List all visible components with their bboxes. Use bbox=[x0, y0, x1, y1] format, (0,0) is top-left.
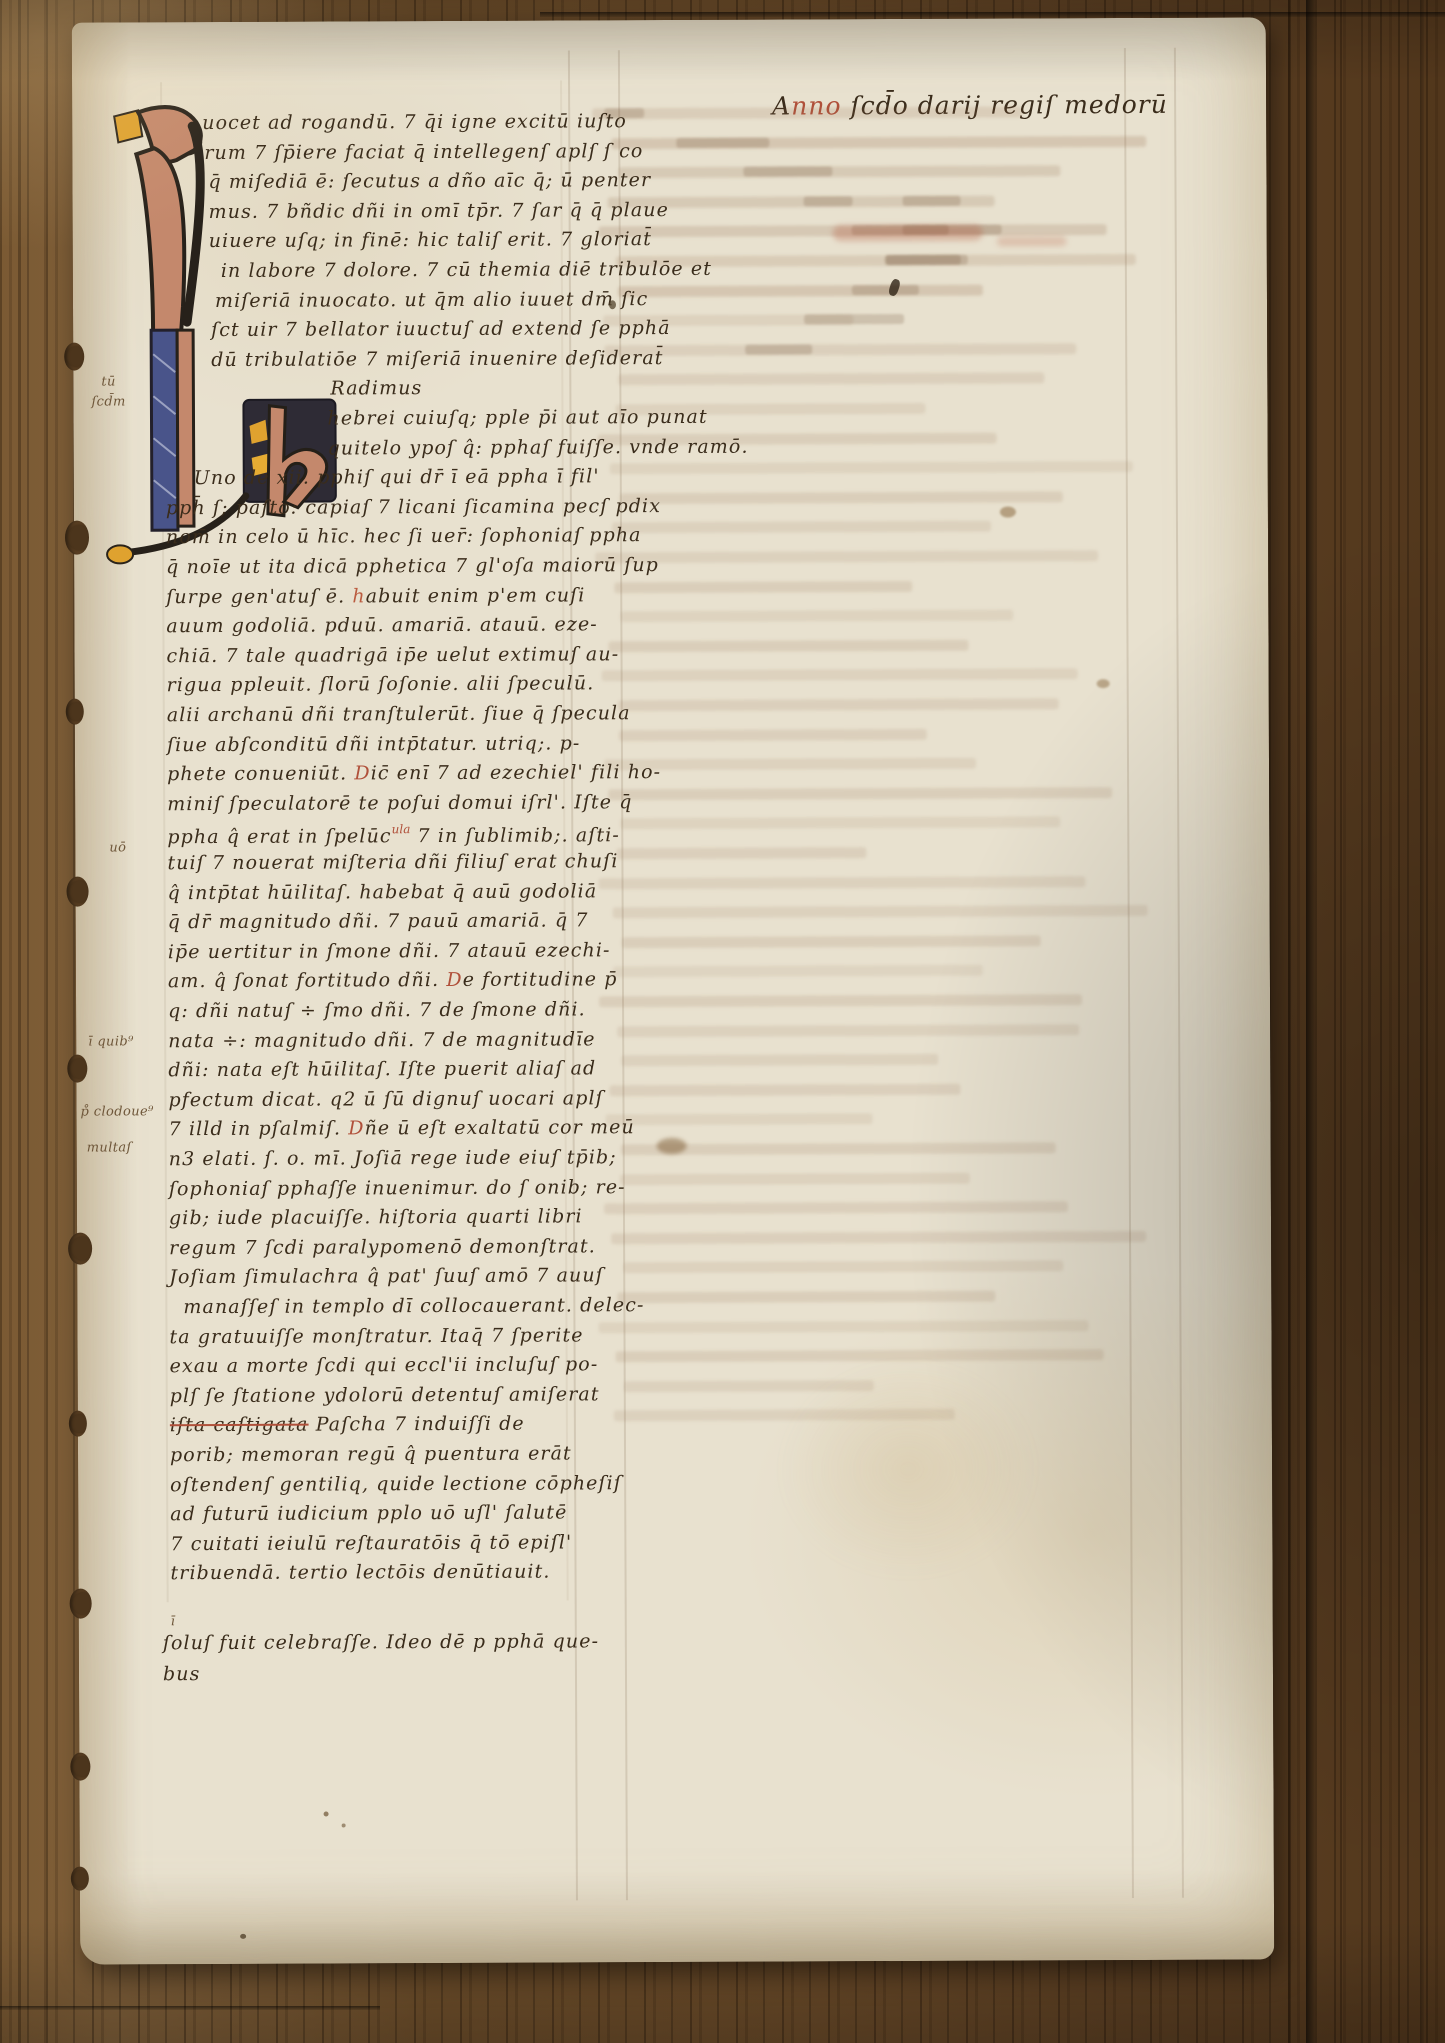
show-through-line bbox=[611, 1231, 1146, 1244]
show-through-line bbox=[620, 610, 1013, 623]
text-line: tuiſ 7 nouerat miſteria dñi filiuſ erat … bbox=[167, 852, 618, 873]
text-line: tribuendā. tertio lectōis denūtiauit. bbox=[170, 1563, 550, 1584]
wood-grain-line bbox=[44, 0, 46, 2043]
wood-grain-line bbox=[18, 0, 21, 2043]
text-line: plſ ſe ſtatione ydolorū detentuſ amiſera… bbox=[170, 1385, 600, 1406]
text-line: manaſſeſ in templo dī collocauerant. del… bbox=[183, 1296, 644, 1317]
text-line: exau a morte ſcdi qui eccl'ii incluſuſ p… bbox=[170, 1356, 599, 1377]
text-line: nom̄ in celo ū hīc. hec ſi uer̄: ſophoni… bbox=[166, 527, 642, 548]
margin-note: multaſ bbox=[87, 1140, 132, 1155]
show-through-blob bbox=[804, 314, 904, 324]
show-through-line bbox=[604, 1201, 1068, 1214]
plank-seam bbox=[0, 2006, 380, 2010]
margin-note: ī quib⁹ bbox=[88, 1034, 134, 1049]
show-through-line bbox=[622, 1054, 939, 1066]
text-line: q̄ noīe ut ita dicā pphetica 7 gl'oſa ma… bbox=[166, 556, 659, 577]
binding-notch bbox=[71, 1867, 89, 1891]
binding-notch bbox=[66, 699, 84, 725]
text-line: porib; memoran regū q̂ puentura erāt bbox=[170, 1444, 572, 1465]
text-line: 7 cuitati ieiulū reſtauratōis q̄ tō epiſ… bbox=[170, 1533, 572, 1554]
stain bbox=[1000, 506, 1016, 517]
show-through-line bbox=[604, 343, 1076, 356]
text-line: uocet ad rogandū. 7 q̄i igne excitū iuſt… bbox=[202, 112, 627, 133]
text-line: auum godoliā. pduū. amariā. atauū. eze- bbox=[166, 616, 597, 637]
show-through-line bbox=[613, 965, 982, 978]
manuscript-leaf: Anno ſcd̄o darij regiſ medorū bbox=[72, 17, 1274, 1964]
text-line: nata ÷: magnitudo dñi. 7 de magnitudīe bbox=[168, 1030, 595, 1051]
text-line: quitelo ypoſ q̂: pphaſ fuiſſe. vnde ramō… bbox=[328, 437, 749, 458]
text-line: oſtendenſ gentiliq, quide lectione cōphe… bbox=[170, 1474, 622, 1495]
show-through-line bbox=[596, 550, 1098, 563]
stain bbox=[609, 300, 616, 309]
binding-notch bbox=[69, 1411, 87, 1437]
text-line: q̄ miſediā ē: ſecutus a dño aīc q̄; ū pe… bbox=[208, 171, 651, 192]
show-through-blob bbox=[676, 137, 770, 147]
binding-notch bbox=[70, 1589, 92, 1619]
text-line: miſeriā inuocato. ut q̄m alio iuuet dm̄ … bbox=[215, 290, 648, 311]
show-through-line bbox=[617, 1024, 1079, 1037]
show-through-line bbox=[623, 1261, 1063, 1274]
text-line: phete conueniūt. Dic̄ enī 7 ad ezechiel'… bbox=[167, 763, 661, 784]
show-through-blob bbox=[902, 196, 961, 206]
stain bbox=[778, 1358, 1039, 1579]
show-through-line bbox=[616, 1349, 1103, 1362]
show-through-line bbox=[622, 935, 1041, 948]
show-through-line bbox=[618, 698, 1059, 711]
text-line: ip̄e uertitur in ſmone dñi. 7 atauū ezec… bbox=[168, 941, 611, 962]
text-line: pph̄ ſ; paſto: capiaſ 7 licani ſicamina … bbox=[166, 497, 661, 518]
margin-note: p̊ clodoue⁹ bbox=[80, 1104, 153, 1119]
plank-seam bbox=[1306, 0, 1315, 2043]
text-line: Uno de xii. pphiſ qui dr̄ ī eā ppha ī fi… bbox=[194, 468, 600, 489]
show-through-line bbox=[613, 905, 1148, 918]
text-line: q̄ dr̄ magnitudo dñi. 7 pauū amariā. q̄ … bbox=[168, 912, 589, 933]
binding-notch bbox=[67, 1055, 87, 1083]
text-line: hebrei cuiuſq; pple p̄i aut aīo punat bbox=[327, 408, 707, 429]
show-through-line bbox=[620, 1172, 969, 1185]
text-line: rum 7 ſp̄iere faciat q̄ intellegenſ aplſ… bbox=[204, 142, 643, 163]
text-line: in labore 7 dolore. 7 cū themia diē trib… bbox=[221, 260, 712, 281]
red-smear bbox=[833, 225, 983, 242]
wood-grain-line bbox=[1340, 0, 1342, 2043]
binding-notch bbox=[65, 521, 89, 555]
show-through-line bbox=[617, 284, 983, 297]
text-line: ſurpe gen'atuſ ē. habuit enim p'em cuſi bbox=[166, 586, 585, 607]
colophon-lines: ſoluſ fuit celebraſſe. Ideo dē p pphā qu… bbox=[163, 1632, 600, 1696]
show-through-line bbox=[599, 1320, 1089, 1333]
plank-seam bbox=[1420, 0, 1424, 2043]
wood-grain-line bbox=[1398, 0, 1400, 2043]
text-line: q̂ intp̄tat hūilitaſ. habebat q̄ auū god… bbox=[168, 882, 598, 903]
margin-note: tū bbox=[101, 374, 115, 389]
text-line: rigua ppleuit. ſlorū ſoſonie. alii ſpecu… bbox=[167, 675, 595, 696]
text-line: regum 7 ſcdi paralypomenō demonſtrat. bbox=[169, 1237, 596, 1258]
margin-note: ī bbox=[171, 1614, 176, 1629]
show-through-line bbox=[610, 461, 1133, 474]
show-through-line bbox=[598, 876, 1085, 889]
text-line: ta gratuuiſſe monſtratur. Itaq̄ 7 ſperit… bbox=[169, 1326, 583, 1347]
text-line: gib; iude placuiſſe. hiſtoria quarti lib… bbox=[169, 1208, 583, 1229]
text-line: ſiue abſconditū dñi intp̄tatur. utriq;. … bbox=[167, 734, 581, 755]
text-line: pfectum dicat. q2 ū ſū dignuſ uocari apl… bbox=[168, 1089, 603, 1110]
binding-notch bbox=[68, 1233, 92, 1265]
text-line: chiā. 7 tale quadrigā ip̄e uelut extimuſ… bbox=[166, 645, 619, 666]
text-line: miniſ ſpeculatorē te poſui domui iſrl'. … bbox=[167, 793, 632, 814]
show-through-line bbox=[592, 106, 1022, 119]
show-through-line bbox=[612, 521, 991, 534]
stain bbox=[342, 1823, 346, 1827]
text-line: uiuere uſq; in finē: hic taliſ erit. 7 g… bbox=[209, 230, 652, 251]
show-through-blob bbox=[744, 166, 833, 176]
text-line: dū tribulatiōe 7 miſeriā inuenire deſide… bbox=[211, 349, 663, 370]
gold-leaf bbox=[107, 545, 133, 563]
text-line: ſct uir 7 bellator iuuctuſ ad extend ſe … bbox=[211, 319, 671, 340]
show-through-line bbox=[602, 669, 1078, 682]
binding-notch bbox=[70, 1753, 90, 1781]
show-through-line bbox=[618, 373, 1044, 386]
stain bbox=[324, 1812, 329, 1817]
show-through-blob bbox=[885, 255, 960, 265]
show-through-line bbox=[608, 787, 1112, 800]
text-line: q: dñi natuſ ÷ ſmo dñi. 7 de ſmone dñi. bbox=[168, 1000, 586, 1021]
red-smear bbox=[997, 236, 1067, 246]
text-line: dñi: nata eſt hūilitaſ. Iſte puerit alia… bbox=[168, 1060, 596, 1081]
show-through-blob bbox=[852, 285, 919, 295]
text-line: n3 elati. ſ. o. mī. Joſiā rege iude eiuſ… bbox=[169, 1148, 617, 1169]
stain bbox=[240, 1934, 246, 1939]
binding-notch bbox=[66, 877, 88, 907]
show-through-blob bbox=[745, 344, 812, 354]
text-line: mus. 7 bñdic dñi in omī tp̄r. 7 ſar q̄ q… bbox=[209, 201, 669, 222]
margin-note: uō bbox=[109, 840, 126, 855]
plank-seam bbox=[540, 12, 1445, 17]
show-through-line bbox=[605, 1114, 872, 1126]
wood-grain-line bbox=[1288, 0, 1291, 2043]
text-line: alii archanū dñi tranſtulerūt. ſiue q̄ ſ… bbox=[167, 704, 631, 725]
show-through-line bbox=[609, 1084, 961, 1097]
ruling-line bbox=[1174, 48, 1184, 1898]
show-through-line bbox=[618, 165, 1060, 178]
text-line: ſoluſ fuit celebraſſe. Ideo dē p pphā qu… bbox=[163, 1632, 599, 1653]
stain bbox=[657, 1138, 687, 1154]
show-through-line bbox=[621, 817, 1061, 830]
text-line: ad futurū iudicium pplo uō uſl' ſalutē bbox=[170, 1504, 567, 1525]
text-line: am. q̂ ſonat fortitudo dñi. De fortitudi… bbox=[168, 971, 618, 992]
wood-grain-line bbox=[1368, 0, 1371, 2043]
text-line: Joſiam ſimulachra q̂ pat' ſuuſ amō 7 auu… bbox=[169, 1267, 604, 1288]
stain bbox=[1097, 679, 1110, 688]
show-through-line bbox=[615, 581, 913, 593]
text-line: bus bbox=[163, 1663, 599, 1684]
show-through-line bbox=[599, 994, 1082, 1007]
show-through-line bbox=[619, 728, 928, 740]
show-through-line bbox=[618, 1291, 996, 1304]
show-through-blob bbox=[803, 196, 852, 206]
initial-stem bbox=[136, 148, 184, 334]
show-through-line bbox=[608, 640, 968, 653]
text-line: ſophoniaſ pphaſſe inuenimur. do ſ onib; … bbox=[169, 1178, 626, 1199]
photo-stage: Anno ſcd̄o darij regiſ medorū bbox=[0, 0, 1445, 2043]
margin-note: ſcd̄m bbox=[91, 394, 125, 409]
text-line: ppha q̂ erat in ſpelūcula 7 in ſublimib;… bbox=[167, 823, 620, 848]
margin-notes: tūſcd̄muōī quib⁹p̊ clodoue⁹multaſī bbox=[72, 17, 1266, 22]
text-line: iſta caſtigata Paſcha 7 induiſſi de bbox=[170, 1415, 525, 1436]
text-line: 7 illd in pſalmiſ. Dñe ū eſt exaltatū co… bbox=[169, 1119, 635, 1140]
text-line: Radimus bbox=[330, 379, 422, 398]
show-through-line bbox=[617, 847, 867, 859]
show-through-line bbox=[620, 491, 1063, 504]
binding-notch bbox=[64, 343, 84, 371]
